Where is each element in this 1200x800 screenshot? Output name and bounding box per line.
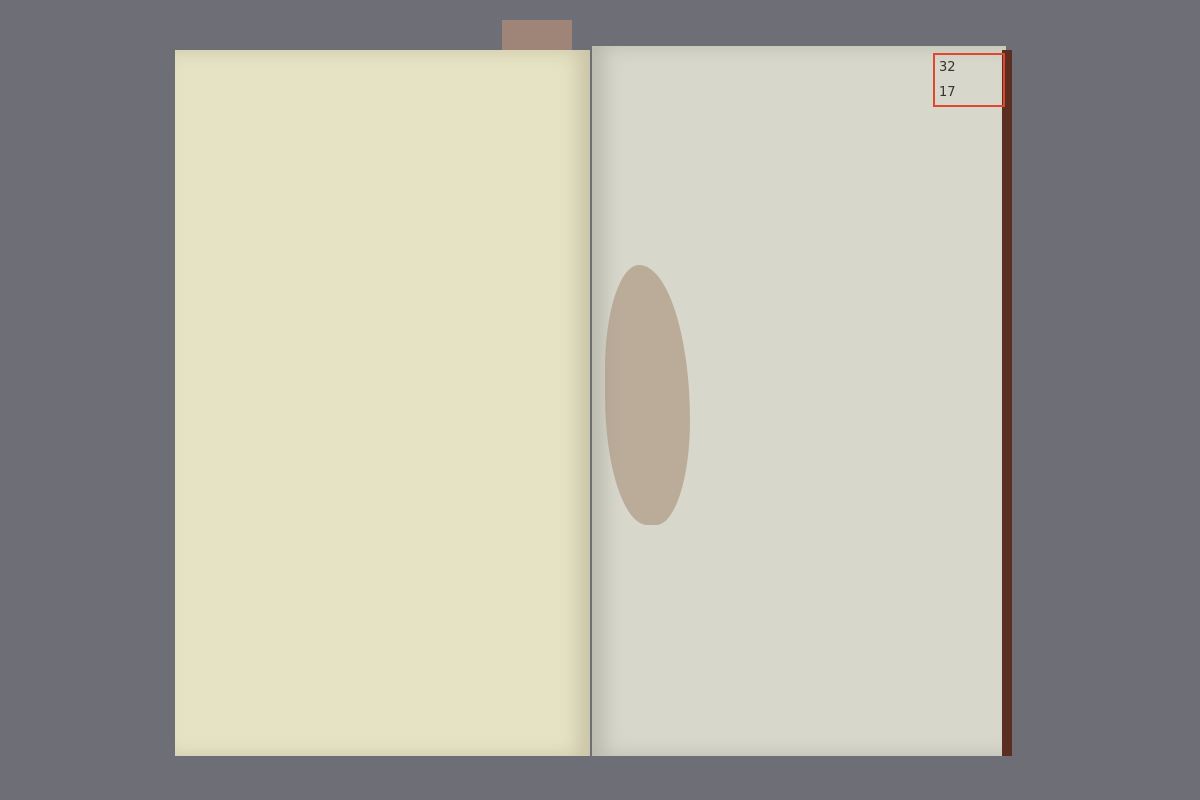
stamp-number-1: 32 (939, 60, 1003, 75)
library-label-stamp: 32 17 (933, 53, 1005, 107)
left-page (175, 50, 590, 756)
stamp-number-2: 17 (939, 85, 1003, 100)
book-cover-edge (1002, 50, 1012, 756)
